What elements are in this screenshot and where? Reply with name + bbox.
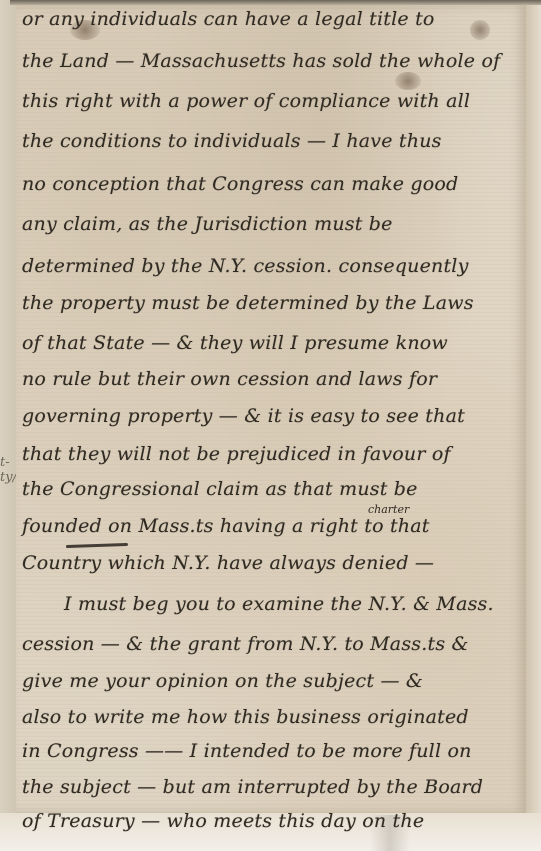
letter-line: the conditions to individuals — I have t… xyxy=(22,130,442,152)
letter-line: any claim, as the Jurisdiction must be xyxy=(22,213,393,235)
letter-line: no rule but their own cession and laws f… xyxy=(22,368,437,390)
letter-line: the Land — Massachusetts has sold the wh… xyxy=(22,50,500,72)
previous-page-margin xyxy=(0,0,17,851)
ink-blot xyxy=(395,72,421,90)
letter-scan: t- ty/ or any individuals can have a leg… xyxy=(0,0,541,851)
letter-line: founded on Mass.ts having a right to tha… xyxy=(22,515,430,537)
letter-line: give me your opinion on the subject — & xyxy=(22,670,423,692)
margin-fragment: t- xyxy=(0,455,16,470)
letter-line: I must beg you to examine the N.Y. & Mas… xyxy=(64,593,494,615)
letter-line: this right with a power of compliance wi… xyxy=(22,90,470,112)
letter-line: the subject — but am interrupted by the … xyxy=(22,776,483,798)
ink-blot xyxy=(470,20,490,40)
letter-line: no conception that Congress can make goo… xyxy=(22,173,458,195)
interlinear-insertion: charter xyxy=(368,503,409,516)
letter-line: of that State — & they will I presume kn… xyxy=(22,332,448,354)
letter-line: of Treasury — who meets this day on the xyxy=(22,810,424,832)
letter-line: the Congressional claim as that must be xyxy=(22,478,418,500)
letter-line: the property must be determined by the L… xyxy=(22,292,474,314)
letter-line: in Congress —— I intended to be more ful… xyxy=(22,740,472,762)
margin-fragment: ty/ xyxy=(0,470,16,485)
letter-line: or any individuals can have a legal titl… xyxy=(22,8,435,30)
letter-line: also to write me how this business origi… xyxy=(22,706,469,728)
letter-line: that they will not be prejudiced in favo… xyxy=(22,443,451,465)
page-right-edge xyxy=(526,5,541,813)
letter-line: determined by the N.Y. cession. conseque… xyxy=(22,255,469,277)
letter-line: Country which N.Y. have always denied — xyxy=(22,552,434,574)
letter-line: governing property — & it is easy to see… xyxy=(22,405,465,427)
letter-line: cession — & the grant from N.Y. to Mass.… xyxy=(22,633,469,655)
